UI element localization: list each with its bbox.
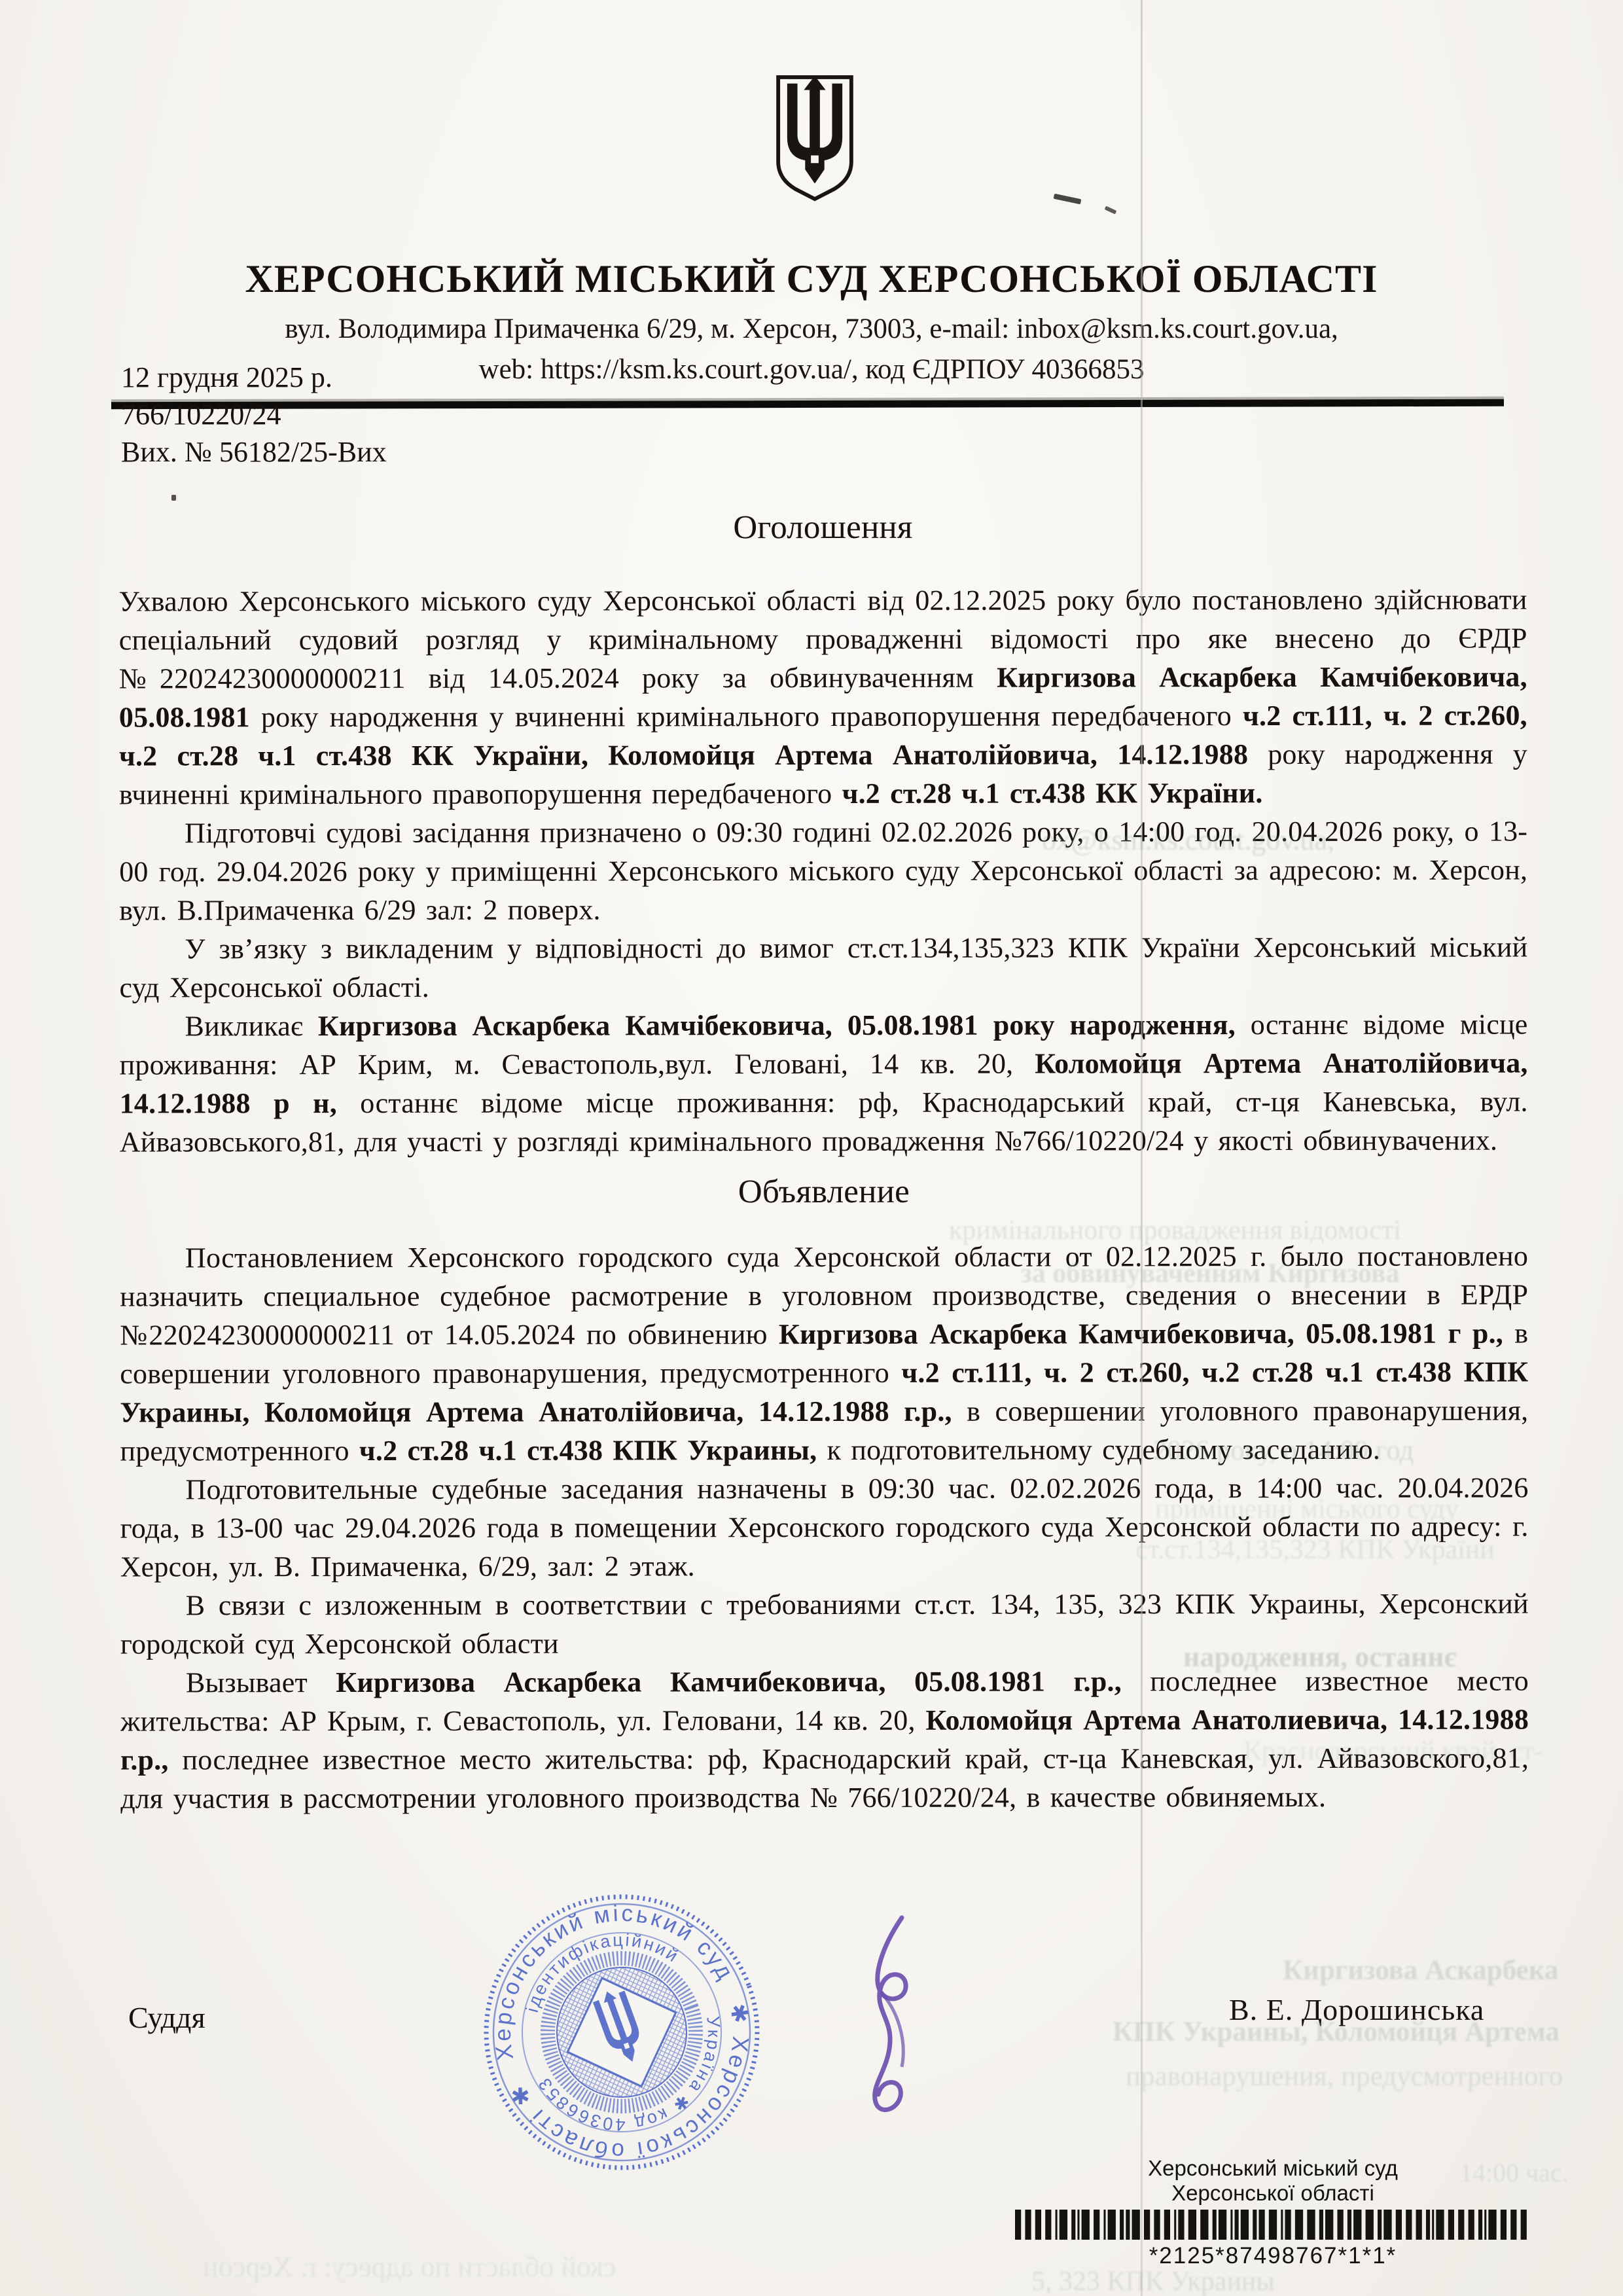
text-run: последнее известное место жительства: рф… xyxy=(120,1742,1529,1814)
text-run: У зв’язку з викладеним у відповідності д… xyxy=(119,931,1527,1003)
barcode-value: *2125*87498767*1*1* xyxy=(1011,2243,1535,2269)
letter-meta: 12 грудня 2025 р. 766/10220/24 Вих. № 56… xyxy=(121,359,387,471)
paragraph: Вызывает Киргизова Аскарбека Камчибекови… xyxy=(120,1661,1529,1818)
text-run: Вызывает xyxy=(186,1666,336,1698)
court-name: ХЕРСОНСЬКИЙ МІСЬКИЙ СУД ХЕРСОНСЬКОЇ ОБЛА… xyxy=(0,257,1623,302)
fold-line xyxy=(1141,0,1143,2296)
scan-speck xyxy=(171,495,176,501)
registration-block: Херсонський міський суд Херсонської обла… xyxy=(1011,2156,1535,2269)
section-heading: Оголошення xyxy=(118,508,1527,547)
paragraph: Постановлением Херсонского городского су… xyxy=(120,1236,1528,1470)
paragraph: Ухвалою Херсонського міського суду Херсо… xyxy=(119,580,1527,814)
paragraph: В связи с изложенным в соответствии с тр… xyxy=(120,1584,1529,1663)
scan-speck xyxy=(1054,194,1082,205)
text-run: року народження у вчиненні кримінального… xyxy=(250,700,1243,733)
barcode xyxy=(1015,2210,1531,2240)
case-number: 766/10220/24 xyxy=(121,396,387,433)
text-run: Підготовчі судові засідання призначено о… xyxy=(119,815,1527,926)
section-heading: Объявление xyxy=(120,1172,1528,1211)
text-run: В связи с изложенным в соответствии с тр… xyxy=(120,1587,1529,1660)
judge-label: Суддя xyxy=(128,2000,205,2035)
bold-run: Киргизова Аскарбека Камчибековича, 05.08… xyxy=(336,1665,1122,1698)
outgoing-number: Вих. № 56182/25-Вих xyxy=(121,433,387,471)
ukraine-trident-icon xyxy=(772,73,857,202)
footer-court-line1: Херсонський міський суд xyxy=(1011,2156,1535,2181)
scanned-court-document: ХЕРСОНСЬКИЙ МІСЬКИЙ СУД ХЕРСОНСЬКОЇ ОБЛА… xyxy=(0,0,1623,2296)
bold-run: Киргизова Аскарбека Камчібековича, 05.08… xyxy=(318,1009,1236,1042)
paragraph: Подготовительные судебные заседания назн… xyxy=(120,1468,1528,1586)
ghost-text: правонарушения, предусмотренного xyxy=(1126,2060,1563,2092)
bold-run: ч.2 ст.28 ч.1 ст.438 КПК Украины, xyxy=(359,1434,817,1467)
text-run: к подготовительному судебному заседанию. xyxy=(817,1433,1380,1466)
paragraph: Підготовчі судові засідання призначено о… xyxy=(119,812,1527,929)
text-run: Подготовительные судебные заседания назн… xyxy=(120,1471,1529,1583)
judge-name: В. Е. Дорошинська xyxy=(1229,1992,1484,2027)
document-body: ОголошенняУхвалою Херсонського міського … xyxy=(118,508,1529,1989)
bold-run: ч.2 ст.28 ч.1 ст.438 КК України. xyxy=(842,777,1263,810)
footer-court-line2: Херсонської області xyxy=(1011,2181,1535,2206)
paragraph: У зв’язку з викладеним у відповідності д… xyxy=(119,927,1527,1007)
court-seal-stamp: Херсонський міський суд ✱ Херсонської об… xyxy=(470,1880,774,2184)
court-address-line: вул. Володимира Примаченка 6/29, м. Херс… xyxy=(0,313,1623,345)
text-run: Викликає xyxy=(185,1010,317,1042)
ghost-text: ской области по адресу: г. Херсон xyxy=(203,2250,616,2284)
ghost-text: 5, 323 КПК Украины xyxy=(1031,2266,1275,2296)
paragraph: Викликає Киргизова Аскарбека Камчібекови… xyxy=(119,1005,1527,1161)
letter-date: 12 грудня 2025 р. xyxy=(121,359,387,396)
scan-speck xyxy=(1105,206,1117,214)
judge-signature xyxy=(839,1912,950,2128)
